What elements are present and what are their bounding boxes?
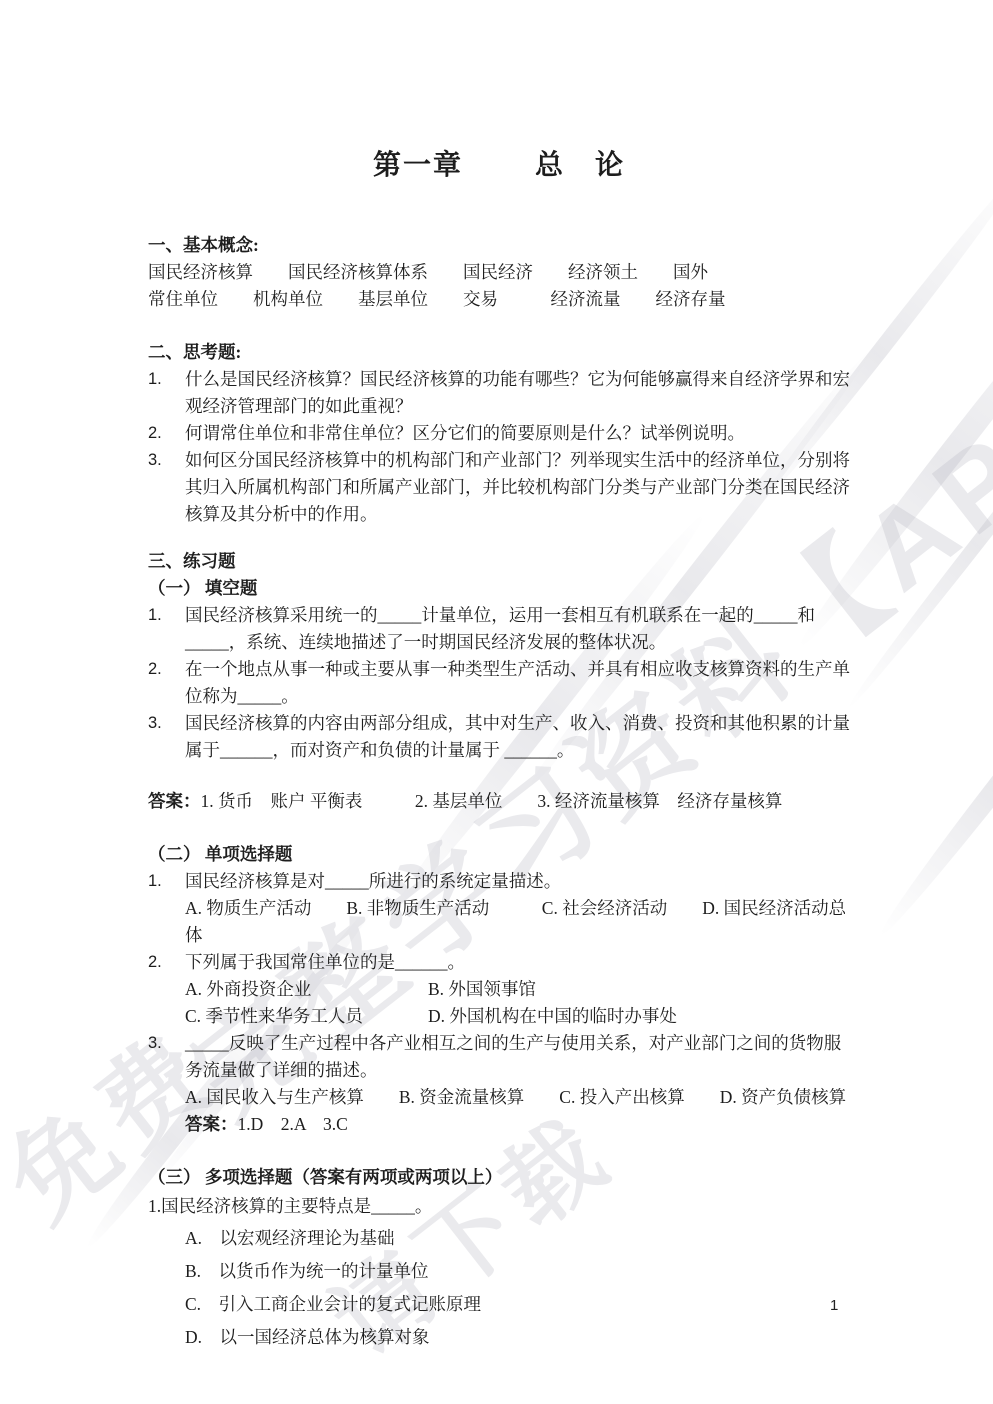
question-number: 3.: [148, 1030, 185, 1057]
question-number: 1.: [148, 868, 185, 895]
answer-line: 答案：1.D 2.A 3.C: [185, 1111, 850, 1138]
section-exercises: 三、练习题 （一） 填空题 1. 国民经济核算采用统一的_____计量单位，运用…: [148, 548, 850, 1354]
question-item: 3. 如何区分国民经济核算中的机构部门和产业部门？列举现实生活中的经济单位，分别…: [148, 447, 850, 528]
question-item: 1. 国民经济核算是对_____所进行的系统定量描述。: [148, 868, 850, 895]
answer-label: 答案：: [185, 1114, 238, 1134]
question-text: 何谓常住单位和非常住单位？区分它们的简要原则是什么？试举例说明。: [185, 420, 850, 447]
options-line: A. 国民收入与生产核算 B. 资金流量核算 C. 投入产出核算 D. 资产负债…: [185, 1084, 850, 1111]
question-number: 3.: [148, 710, 185, 737]
question-number: 1.: [148, 366, 185, 393]
question-text: 1.国民经济核算的主要特点是_____。: [148, 1191, 850, 1222]
question-text: 什么是国民经济核算？国民经济核算的功能有哪些？它为何能够赢得来自经济学界和宏观经…: [185, 366, 850, 420]
options-line: A. 物质生产活动 B. 非物质生产活动 C. 社会经济活动 D. 国民经济活动…: [185, 895, 850, 949]
option: A. 以宏观经济理论为基础: [185, 1222, 850, 1255]
section-heading: 三、练习题: [148, 548, 850, 575]
option: A. 外商投资企业: [185, 976, 428, 1003]
question-item: 2. 下列属于我国常住单位的是______。: [148, 949, 850, 976]
subsection-heading: （三） 多项选择题（答案有两项或两项以上）: [148, 1164, 850, 1191]
concept-list-line: 常住单位 机构单位 基层单位 交易 经济流量 经济存量: [148, 286, 850, 313]
chapter-title: 第一章 总 论: [148, 146, 850, 186]
section-heading: 一、基本概念:: [148, 232, 850, 259]
watermark-streak: [873, 598, 993, 941]
subsection-fill-blanks: （一） 填空题 1. 国民经济核算采用统一的_____计量单位，运用一套相互有机…: [148, 575, 850, 815]
question-item: 3. 国民经济核算的内容由两部分组成，其中对生产、收入、消费、投资和其他积累的计…: [148, 710, 850, 764]
options-row: A. 外商投资企业 B. 外国领事馆: [185, 976, 850, 1003]
watermark-streak: [843, 341, 993, 712]
document-page: 完整学习资料【APP 免费 请下载 第一章 总 论 一、基本概念: 国民经济核算…: [0, 0, 993, 1404]
section-think-questions: 二、思考题: 1. 什么是国民经济核算？国民经济核算的功能有哪些？它为何能够赢得…: [148, 339, 850, 528]
chapter-title-name: 总 论: [535, 146, 625, 186]
question-item: 3. _____反映了生产过程中各产业相互之间的生产与使用关系，对产业部门之间的…: [148, 1030, 850, 1084]
document-content: 第一章 总 论 一、基本概念: 国民经济核算 国民经济核算体系 国民经济 经济领…: [148, 146, 850, 1354]
question-text: _____反映了生产过程中各产业相互之间的生产与使用关系，对产业部门之间的货物服…: [185, 1030, 850, 1084]
question-item: 1. 国民经济核算采用统一的_____计量单位，运用一套相互有机联系在一起的__…: [148, 602, 850, 656]
subsection-heading: （一） 填空题: [148, 575, 850, 602]
question-number: 2.: [148, 420, 185, 447]
question-item: 2. 何谓常住单位和非常住单位？区分它们的简要原则是什么？试举例说明。: [148, 420, 850, 447]
question-text: 国民经济核算的内容由两部分组成，其中对生产、收入、消费、投资和其他积累的计量属于…: [185, 710, 850, 764]
question-number: 1.: [148, 602, 185, 629]
option: B. 以货币作为统一的计量单位: [185, 1255, 850, 1288]
chapter-title-number: 第一章: [373, 146, 463, 186]
option: D. 外国机构在中国的临时办事处: [428, 1003, 677, 1030]
option: D. 以一国经济总体为核算对象: [185, 1321, 850, 1354]
answer-text: 1.D 2.A 3.C: [238, 1114, 348, 1134]
answer-label: 答案：: [148, 791, 201, 811]
question-item: 2. 在一个地点从事一种或主要从事一种类型生产活动、并具有相应收支核算资料的生产…: [148, 656, 850, 710]
question-number: 3.: [148, 447, 185, 474]
answer-text: 1. 货币 账户 平衡表 2. 基层单位 3. 经济流量核算 经济存量核算: [201, 791, 783, 811]
question-text: 如何区分国民经济核算中的机构部门和产业部门？列举现实生活中的经济单位，分别将其归…: [185, 447, 850, 528]
question-text: 在一个地点从事一种或主要从事一种类型生产活动、并具有相应收支核算资料的生产单位称…: [185, 656, 850, 710]
section-heading: 二、思考题:: [148, 339, 850, 366]
subsection-single-choice: （二） 单项选择题 1. 国民经济核算是对_____所进行的系统定量描述。 A.…: [148, 841, 850, 1138]
answer-line: 答案：1. 货币 账户 平衡表 2. 基层单位 3. 经济流量核算 经济存量核算: [148, 788, 850, 815]
question-text: 下列属于我国常住单位的是______。: [185, 949, 850, 976]
option: C. 引入工商企业会计的复式记账原理: [185, 1288, 850, 1321]
subsection-heading: （二） 单项选择题: [148, 841, 850, 868]
section-basic-concepts: 一、基本概念: 国民经济核算 国民经济核算体系 国民经济 经济领土 国外 常住单…: [148, 232, 850, 313]
option: B. 外国领事馆: [428, 976, 536, 1003]
question-text: 国民经济核算是对_____所进行的系统定量描述。: [185, 868, 850, 895]
option: C. 季节性来华务工人员: [185, 1003, 428, 1030]
question-item: 1. 什么是国民经济核算？国民经济核算的功能有哪些？它为何能够赢得来自经济学界和…: [148, 366, 850, 420]
concept-list-line: 国民经济核算 国民经济核算体系 国民经济 经济领土 国外: [148, 259, 850, 286]
page-number: 1: [830, 1297, 838, 1314]
options-row: C. 季节性来华务工人员 D. 外国机构在中国的临时办事处: [185, 1003, 850, 1030]
subsection-multi-choice: （三） 多项选择题（答案有两项或两项以上） 1.国民经济核算的主要特点是____…: [148, 1164, 850, 1354]
question-number: 2.: [148, 949, 185, 976]
question-text: 国民经济核算采用统一的_____计量单位，运用一套相互有机联系在一起的_____…: [185, 602, 850, 656]
question-number: 2.: [148, 656, 185, 683]
